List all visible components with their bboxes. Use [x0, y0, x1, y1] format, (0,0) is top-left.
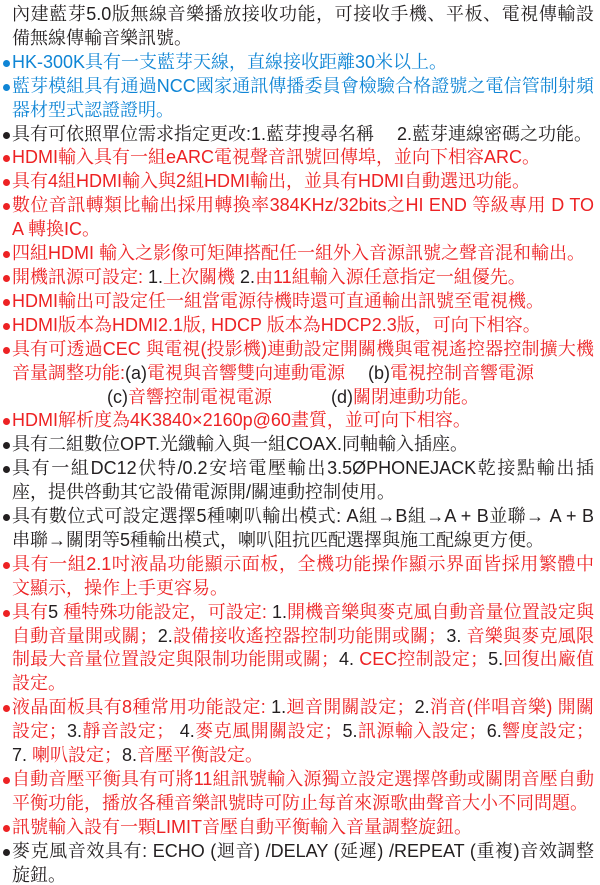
text-segment: 由11組輸入源任意指定一組優先。 — [255, 267, 526, 287]
text-segment: 電視與音響雙向連動電源 — [147, 363, 368, 383]
text-segment: 8. — [122, 745, 137, 765]
list-item: 具有4組HDMI輸入與2組HDMI輸出，並具有HDMI自動選迅功能。 — [3, 170, 594, 194]
list-item-text: 具有數位式可設定選擇5種喇叭輸出模式: A組→B組→A + B並聯→ A + B… — [12, 505, 594, 553]
text-segment: 3. — [67, 721, 82, 741]
text-segment: 喇叭設定； — [27, 745, 122, 765]
text-segment: 音壓平衡設定。 — [137, 745, 263, 765]
text-segment: HDMI輸出可設定任一組當電源待機時還可直通輸出訊號至電視機。 — [12, 291, 544, 311]
text-segment: 1. — [271, 697, 286, 717]
text-segment: 5. — [342, 721, 357, 741]
text-segment — [12, 387, 107, 407]
list-item: HDMI輸入具有一組eARC電視聲音訊號回傳埠，並向下相容ARC。 — [3, 146, 594, 170]
list-item-text: 具有一組DC12伏特/0.2安培電壓輸出3.5ØPHONEJACK乾接點輸出插座… — [12, 457, 594, 505]
list-item-text: 開機訊源可設定: 1.上次關機 2.由11組輸入源任意指定一組優先。 — [12, 266, 594, 290]
bullet-icon — [3, 466, 10, 473]
bullet-icon — [3, 84, 10, 91]
bullet-icon — [3, 442, 10, 449]
spec-list: 內建藍芽5.0版無線音樂播放接收功能，可接收手機、平板、電視傳輸設備無線傳輸音樂… — [3, 3, 594, 885]
bullet-icon — [3, 251, 10, 258]
bullet-icon — [3, 705, 10, 712]
list-item: 具有二組數位OPT.光纖輸入與一組COAX.同軸輸入插座。 — [3, 433, 594, 457]
list-item-text: 具有可依照單位需求指定更改:1.藍芽搜尋名稱 2.藍芽連線密碼之功能。 — [12, 123, 594, 147]
text-segment: 5 — [48, 602, 58, 622]
bullet-icon — [3, 323, 10, 330]
list-item: 具有一組DC12伏特/0.2安培電壓輸出3.5ØPHONEJACK乾接點輸出插座… — [3, 457, 594, 505]
text-segment: 具有可依照單位需求指定更改:1.藍芽搜尋名稱 2.藍芽連線密碼之功能。 — [12, 124, 592, 144]
list-item-text: 麥克風音效具有: ECHO (迴音) /DELAY (延遲) /REPEAT (… — [12, 840, 594, 885]
list-item: 具有可透過CEC 與電視(投影機)連動設定開關機與電視遙控器控制擴大機音量調整功… — [3, 338, 594, 410]
text-segment: (b) — [368, 363, 390, 383]
list-item-text: HDMI輸出可設定任一組當電源待機時還可直通輸出訊號至電視機。 — [12, 290, 594, 314]
list-item: 內建藍芽5.0版無線音樂播放接收功能，可接收手機、平板、電視傳輸設備無線傳輸音樂… — [3, 3, 594, 51]
text-segment: 具有一組2.1吋液晶功能顯示面板，全機功能操作顯示界面皆採用繁體中文顯示，操作上… — [12, 554, 594, 598]
text-segment: 音響控制電視電源 — [128, 387, 331, 407]
spec-document-page: 內建藍芽5.0版無線音樂播放接收功能，可接收手機、平板、電視傳輸設備無線傳輸音樂… — [0, 0, 600, 885]
list-item: HDMI輸出可設定任一組當電源待機時還可直通輸出訊號至電視機。 — [3, 290, 594, 314]
text-segment: 開機訊源可設定: — [12, 267, 148, 287]
list-item: 液晶面板具有8種常用功能設定: 1.迴音開關設定；2.消音(伴唱音樂) 開關設定… — [3, 696, 594, 768]
list-item-text: 具有一組2.1吋液晶功能顯示面板，全機功能操作顯示界面皆採用繁體中文顯示，操作上… — [12, 553, 594, 601]
list-item-text: HDMI解析度為4K3840×2160p@60畫質，並可向下相容。 — [12, 409, 594, 433]
text-segment: 2. — [415, 697, 430, 717]
text-segment: 2. — [240, 267, 255, 287]
bullet-icon — [3, 155, 10, 162]
text-segment: 4. — [339, 649, 354, 669]
list-item: 具有一組2.1吋液晶功能顯示面板，全機功能操作顯示界面皆採用繁體中文顯示，操作上… — [3, 553, 594, 601]
text-segment: 3. — [446, 626, 461, 646]
text-segment: 訊源輸入設定； — [357, 721, 486, 741]
list-item-text: 具有二組數位OPT.光纖輸入與一組COAX.同軸輸入插座。 — [12, 433, 594, 457]
list-item: HK-300K具有一支藍芽天線，直線接收距離30米以上。 — [3, 51, 594, 75]
text-segment: 內建藍芽5.0版無線音樂播放接收功能，可接收手機、平板、電視傳輸設備無線傳輸音樂… — [12, 4, 594, 48]
list-item: 數位音訊轉類比輸出採用轉換率384KHz/32bits之HI END 等級專用 … — [3, 194, 594, 242]
list-item-text: 具有4組HDMI輸入與2組HDMI輸出，並具有HDMI自動選迅功能。 — [12, 170, 594, 194]
bullet-icon — [3, 418, 10, 425]
text-segment: 液晶面板具有8種常用功能設定: — [12, 697, 271, 717]
text-segment: 四組HDMI 輸入之影像可矩陣搭配任一組外入音源訊號之聲音混和輸出。 — [12, 243, 585, 263]
text-segment: HDMI輸入具有一組eARC電視聲音訊號回傳埠，並向下相容ARC。 — [12, 147, 540, 167]
list-item-text: HDMI輸入具有一組eARC電視聲音訊號回傳埠，並向下相容ARC。 — [12, 146, 594, 170]
list-item: 自動音壓平衡具有可將11組訊號輸入源獨立設定選擇啓動或關閉音壓自動平衡功能，播放… — [3, 768, 594, 816]
list-item-text: 數位音訊轉類比輸出採用轉換率384KHz/32bits之HI END 等級專用 … — [12, 194, 594, 242]
text-segment: 關閉連動功能。 — [353, 387, 479, 407]
list-item: 麥克風音效具有: ECHO (迴音) /DELAY (延遲) /REPEAT (… — [3, 840, 594, 885]
list-item-text: HK-300K具有一支藍芽天線，直線接收距離30米以上。 — [12, 51, 594, 75]
text-segment: 6. — [487, 721, 502, 741]
text-segment: (a) — [125, 363, 147, 383]
list-item: HDMI版本為HDMI2.1版, HDCP 版本為HDCP2.3版，可向下相容。 — [3, 314, 594, 338]
text-segment: 1. — [148, 267, 163, 287]
text-segment: CEC控制設定； — [354, 649, 488, 669]
list-item: 訊號輸入設有一顆LIMIT音壓自動平衡輸入音量調整旋鈕。 — [3, 816, 594, 840]
text-segment: 4. — [180, 721, 195, 741]
list-item: 具有可依照單位需求指定更改:1.藍芽搜尋名稱 2.藍芽連線密碼之功能。 — [3, 123, 594, 147]
bullet-icon — [3, 60, 10, 67]
bullet-icon — [3, 132, 10, 139]
text-segment: 5. — [488, 649, 503, 669]
text-segment: (d) — [331, 387, 353, 407]
bullet-icon — [3, 849, 10, 856]
list-item-text: 具有可透過CEC 與電視(投影機)連動設定開關機與電視遙控器控制擴大機音量調整功… — [12, 338, 594, 410]
bullet-icon — [3, 275, 10, 282]
text-segment: 具有數位式可設定選擇5種喇叭輸出模式: A組→B組→A + B並聯→ A + B… — [12, 506, 594, 550]
text-segment: 靜音設定； — [82, 721, 180, 741]
list-item: HDMI解析度為4K3840×2160p@60畫質，並可向下相容。 — [3, 409, 594, 433]
list-item: 開機訊源可設定: 1.上次關機 2.由11組輸入源任意指定一組優先。 — [3, 266, 594, 290]
text-segment: (c) — [107, 387, 128, 407]
bullet-icon — [3, 825, 10, 832]
bullet-icon — [3, 777, 10, 784]
list-item: 具有5 種特殊功能設定，可設定: 1.開機音樂與麥克風自動音量位置設定與自動音量… — [3, 601, 594, 697]
text-segment: 具有二組數位OPT.光纖輸入與一組COAX.同軸輸入插座。 — [12, 434, 468, 454]
text-segment: 7. — [12, 745, 27, 765]
text-segment: HK-300K具有一支藍芽天線，直線接收距離30米以上。 — [12, 52, 447, 72]
text-segment: 種特殊功能設定，可設定: — [58, 602, 272, 622]
text-segment: 上次關機 — [163, 267, 240, 287]
list-item-text: 四組HDMI 輸入之影像可矩陣搭配任一組外入音源訊號之聲音混和輸出。 — [12, 242, 594, 266]
text-segment: 數位音訊轉類比輸出採用轉換率384KHz/32bits之HI END 等級專用 … — [12, 195, 594, 239]
text-segment: 訊號輸入設有一顆LIMIT音壓自動平衡輸入音量調整旋鈕。 — [12, 817, 472, 837]
list-item-text: 自動音壓平衡具有可將11組訊號輸入源獨立設定選擇啓動或關閉音壓自動平衡功能，播放… — [12, 768, 594, 816]
list-item-text: 液晶面板具有8種常用功能設定: 1.迴音開關設定；2.消音(伴唱音樂) 開關設定… — [12, 696, 594, 768]
bullet-icon — [3, 179, 10, 186]
bullet-icon — [3, 299, 10, 306]
text-segment: 2. — [158, 626, 173, 646]
bullet-icon — [3, 347, 10, 354]
text-segment: 藍芽模組具有通過NCC國家通訊傳播委員會檢驗合格證號之電信管制射頻器材型式認證證… — [12, 76, 594, 120]
bullet-icon — [3, 610, 10, 617]
text-segment: 具有4組HDMI輸入與2組HDMI輸出，並具有HDMI自動選迅功能。 — [12, 171, 530, 191]
bullet-icon — [3, 514, 10, 521]
text-segment: HDMI解析度為4K3840×2160p@60畫質，並可向下相容。 — [12, 410, 471, 430]
list-item-text: 藍芽模組具有通過NCC國家通訊傳播委員會檢驗合格證號之電信管制射頻器材型式認證證… — [12, 75, 594, 123]
list-item-text: 訊號輸入設有一顆LIMIT音壓自動平衡輸入音量調整旋鈕。 — [12, 816, 594, 840]
list-item-text: 內建藍芽5.0版無線音樂播放接收功能，可接收手機、平板、電視傳輸設備無線傳輸音樂… — [12, 3, 594, 51]
text-segment: 電視控制音響電源 — [390, 363, 534, 383]
text-segment: 具有 — [12, 602, 48, 622]
text-segment: 1. — [272, 602, 287, 622]
list-item: 藍芽模組具有通過NCC國家通訊傳播委員會檢驗合格證號之電信管制射頻器材型式認證證… — [3, 75, 594, 123]
text-segment: 麥克風開關設定； — [195, 721, 343, 741]
text-segment: 迴音開關設定； — [286, 697, 414, 717]
bullet-icon — [3, 562, 10, 569]
text-segment: 響度設定； — [502, 721, 594, 741]
list-item-text: 具有5 種特殊功能設定，可設定: 1.開機音樂與麥克風自動音量位置設定與自動音量… — [12, 601, 594, 697]
text-segment: HDMI版本為HDMI2.1版, HDCP 版本為HDCP2.3版，可向下相容。 — [12, 315, 541, 335]
list-item: 具有數位式可設定選擇5種喇叭輸出模式: A組→B組→A + B並聯→ A + B… — [3, 505, 594, 553]
list-item: 四組HDMI 輸入之影像可矩陣搭配任一組外入音源訊號之聲音混和輸出。 — [3, 242, 594, 266]
text-segment: 具有一組DC12伏特/0.2安培電壓輸出3.5ØPHONEJACK乾接點輸出插座… — [12, 458, 594, 502]
list-item-text: HDMI版本為HDMI2.1版, HDCP 版本為HDCP2.3版，可向下相容。 — [12, 314, 594, 338]
text-segment: 自動音壓平衡具有可將11組訊號輸入源獨立設定選擇啓動或關閉音壓自動平衡功能，播放… — [12, 769, 594, 813]
bullet-icon — [3, 203, 10, 210]
text-segment: 麥克風音效具有: ECHO (迴音) /DELAY (延遲) /REPEAT (… — [12, 841, 594, 885]
text-segment: 設備接收遙控器控制功能開或關； — [173, 626, 447, 646]
